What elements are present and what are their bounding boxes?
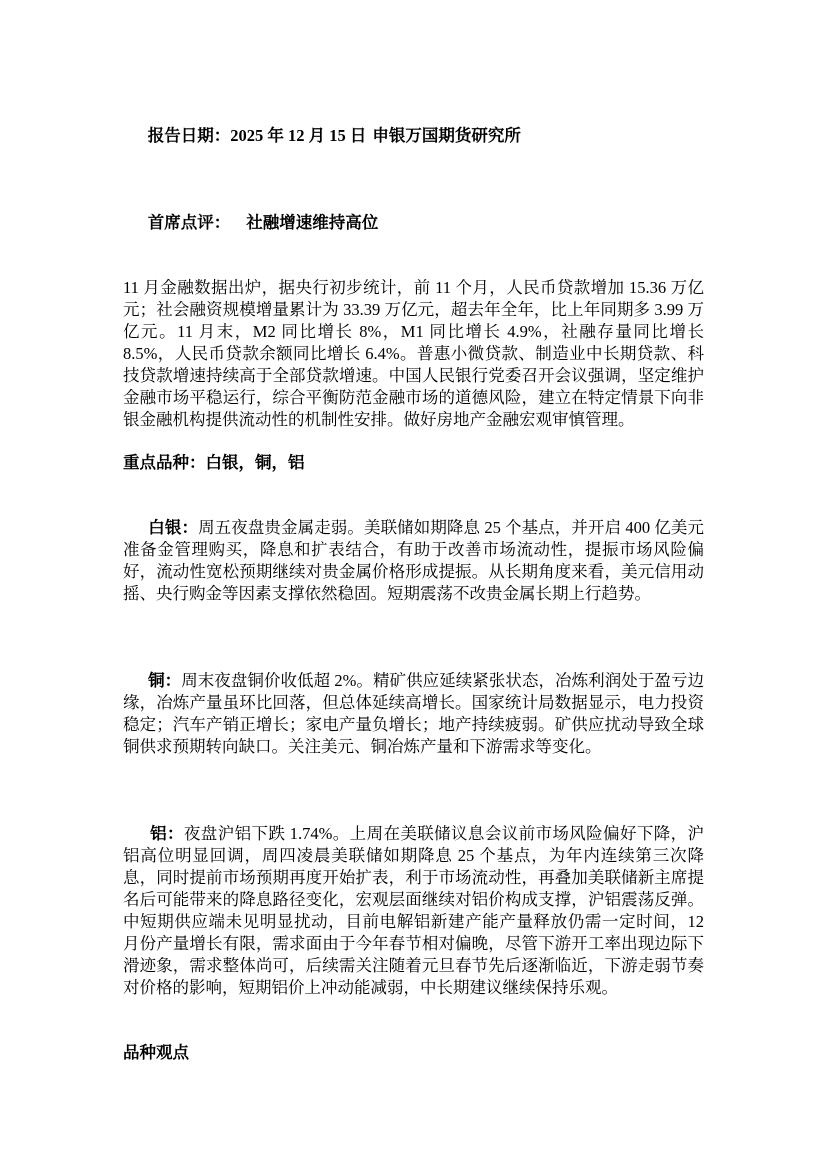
commodity-label-silver: 白银： bbox=[148, 518, 198, 537]
commodity-paragraph-copper: 铜：周末夜盘铜价收低超 2%。精矿供应延续紧张状态，冶炼利润处于盈亏边缘，冶炼产… bbox=[123, 648, 704, 780]
organization-name: 申银万国期货研究所 bbox=[372, 126, 521, 145]
document-page: 报告日期：2025 年 12 月 15 日申银万国期货研究所 首席点评：社融增速… bbox=[0, 0, 826, 1169]
commodity-label-aluminum: 铝： bbox=[150, 824, 184, 843]
chief-comment-title: 社融增速维持高位 bbox=[246, 213, 378, 232]
commodity-label-copper: 铜： bbox=[148, 671, 181, 690]
commodity-text-silver: 周五夜盘贵金属走弱。美联储如期降息 25 个基点，并开启 400 亿美元准备金管… bbox=[123, 518, 704, 603]
varieties-viewpoint-heading: 品种观点 bbox=[123, 1042, 704, 1064]
chief-comment-label: 首席点评： bbox=[148, 213, 231, 232]
summary-paragraph: 11 月金融数据出炉，据央行初步统计，前 11 个月，人民币贷款增加 15.36… bbox=[123, 277, 704, 431]
report-content: 报告日期：2025 年 12 月 15 日申银万国期货研究所 首席点评：社融增速… bbox=[123, 103, 704, 1085]
commodity-paragraph-silver: 白银：周五夜盘贵金属走弱。美联储如期降息 25 个基点，并开启 400 亿美元准… bbox=[123, 495, 704, 627]
commodity-paragraph-aluminum: 铝：夜盘沪铝下跌 1.74%。上周在美联储议息会议前市场风险偏好下降，沪铝高位明… bbox=[123, 801, 704, 1021]
commodity-text-aluminum: 夜盘沪铝下跌 1.74%。上周在美联储议息会议前市场风险偏好下降，沪铝高位明显回… bbox=[123, 824, 708, 997]
report-date-value: 2025 年 12 月 15 日 bbox=[230, 126, 366, 145]
chief-comment-heading: 首席点评：社融增速维持高位 bbox=[123, 190, 704, 256]
key-varieties-heading: 重点品种：白银，铜，铝 bbox=[123, 452, 704, 474]
report-date-label: 报告日期： bbox=[148, 126, 231, 145]
report-date-line: 报告日期：2025 年 12 月 15 日申银万国期货研究所 bbox=[123, 103, 704, 169]
commodity-text-copper: 周末夜盘铜价收低超 2%。精矿供应延续紧张状态，冶炼利润处于盈亏边缘，冶炼产量虽… bbox=[123, 671, 704, 756]
